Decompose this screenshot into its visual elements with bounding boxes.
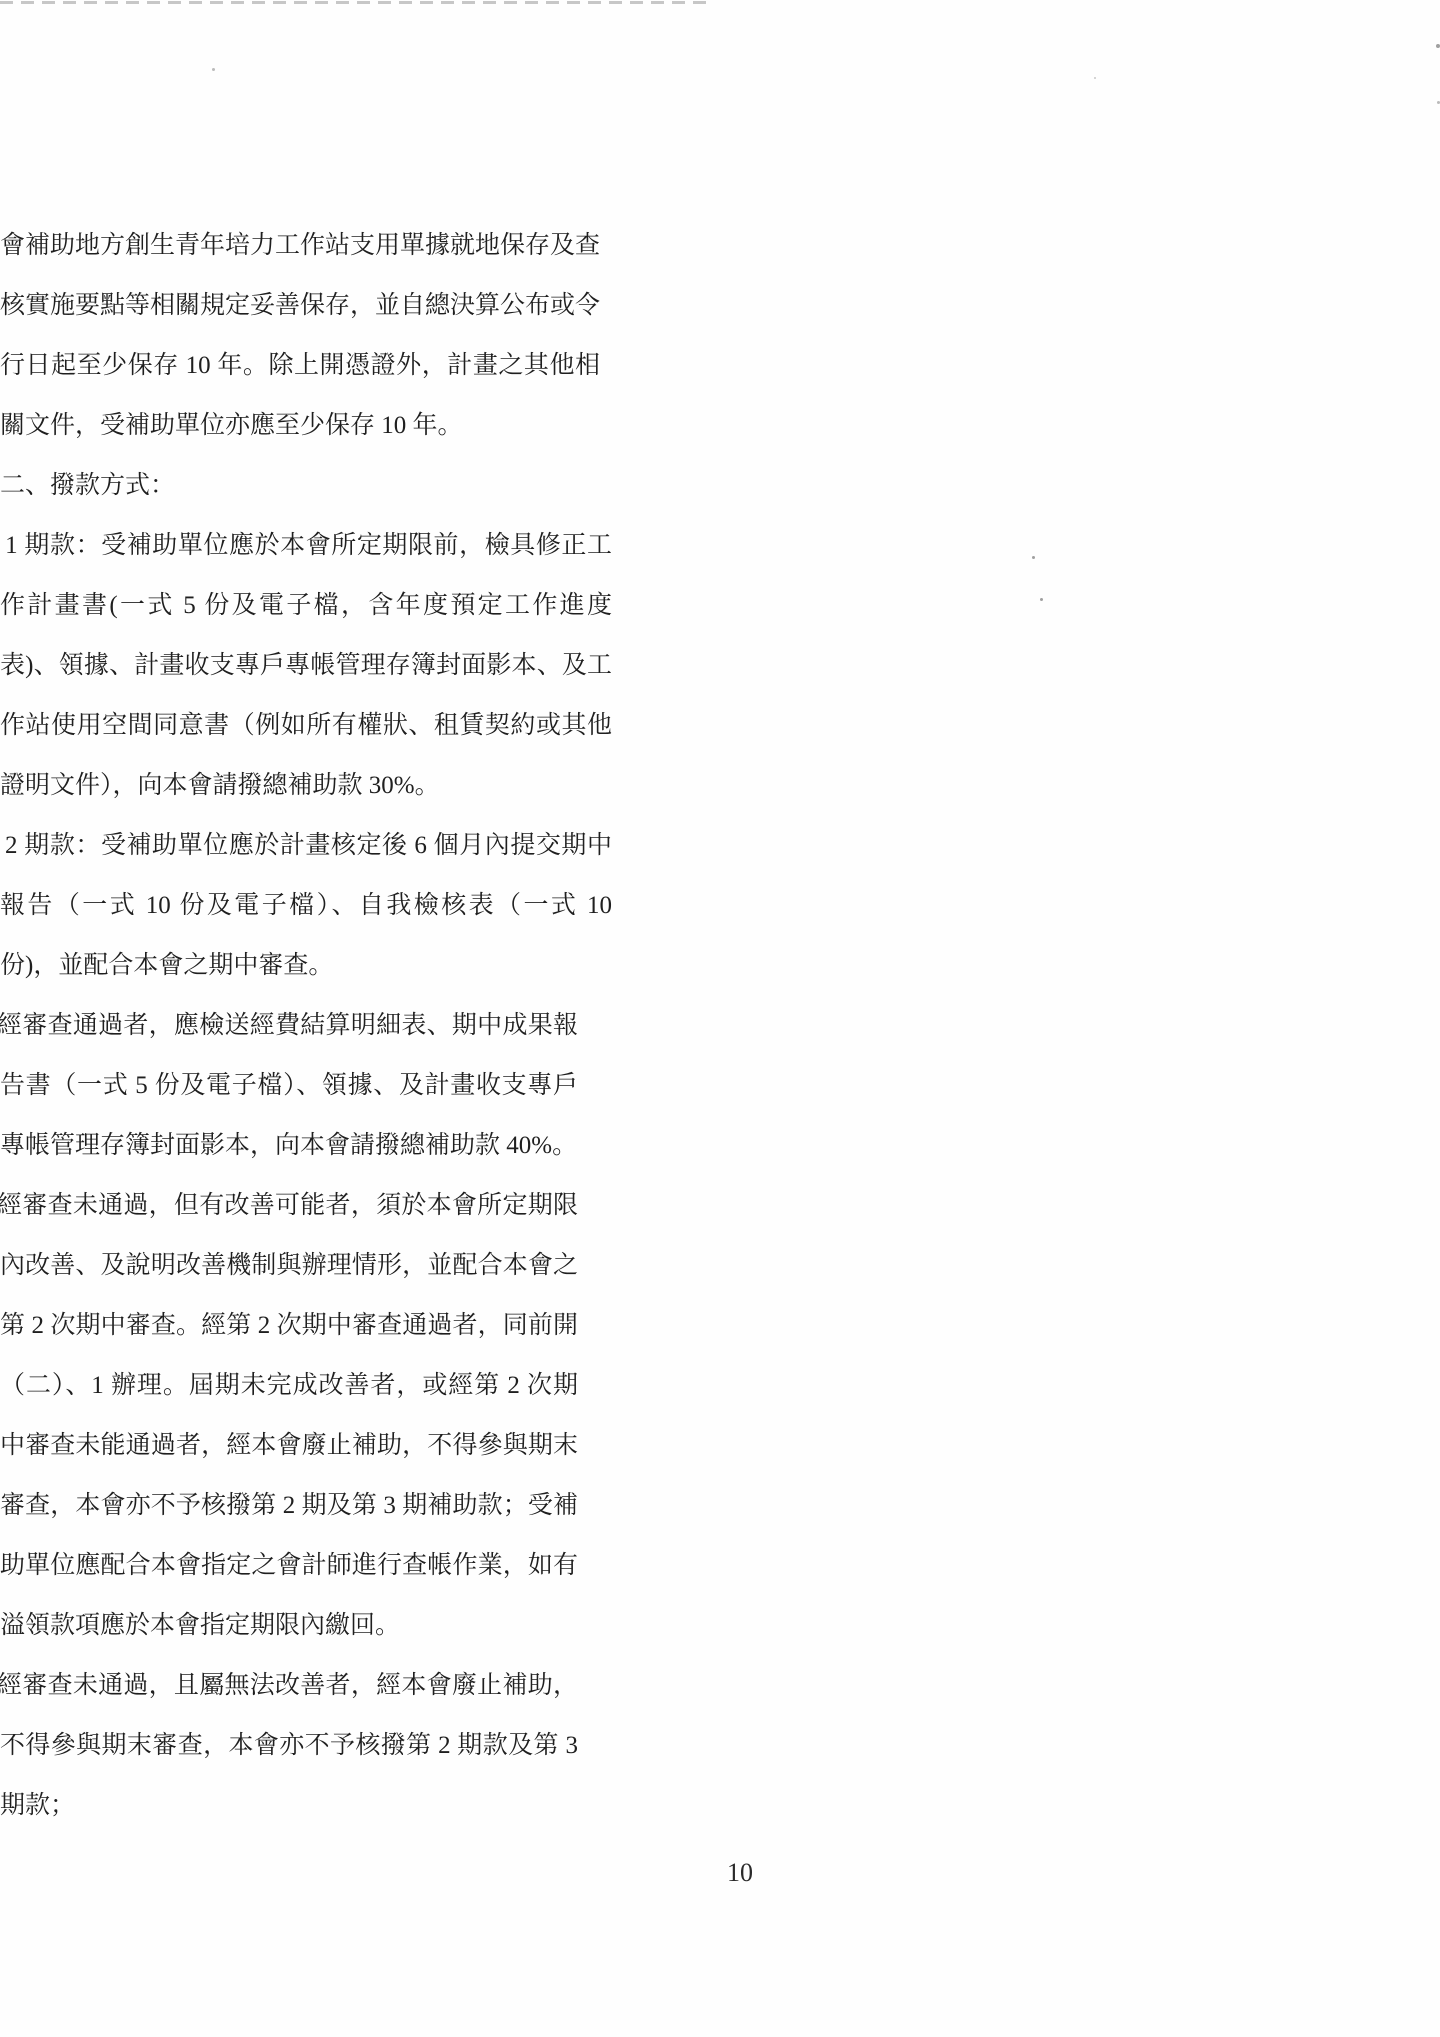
document-content: 會補助地方創生青年培力工作站支用單據就地保存及查核實施要點等相關規定妥善保存，並… xyxy=(0,216,1440,1836)
paragraph-record-retention: 會補助地方創生青年培力工作站支用單據就地保存及查核實施要點等相關規定妥善保存，並… xyxy=(0,216,600,456)
list-item-first-installment: （一）第 1 期款：受補助單位應於本會所定期限前，檢具修正工作計畫書(一式 5 … xyxy=(0,516,612,816)
scan-artifact-top-edge xyxy=(0,1,706,4)
sublist-item-text: 經審查未通過，且屬無法改善者，經本會廢止補助，不得參與期末審查，本會亦不予核撥第… xyxy=(0,1672,578,1819)
scan-speck xyxy=(1094,77,1096,79)
list-item-text: 第 2 期款：受補助單位應於計畫核定後 6 個月內提交期中報告（一式 10 份及… xyxy=(0,832,612,979)
scan-speck xyxy=(1436,44,1440,48)
section-heading-disbursement-method: 二、撥款方式： xyxy=(0,456,760,516)
list-item-second-installment: （二）第 2 期款：受補助單位應於計畫核定後 6 個月內提交期中報告（一式 10… xyxy=(0,816,612,996)
sublist-item-review-failed-improvable: 2、經審查未通過，但有改善可能者，須於本會所定期限內改善、及說明改善機制與辦理情… xyxy=(0,1176,578,1656)
sublist-item-review-failed-unimprovable: 3、經審查未通過，且屬無法改善者，經本會廢止補助，不得參與期末審查，本會亦不予核… xyxy=(0,1656,578,1836)
page-number: 10 xyxy=(700,1856,780,1890)
sublist-item-text: 經審查未通過，但有改善可能者，須於本會所定期限內改善、及說明改善機制與辦理情形，… xyxy=(0,1192,578,1639)
list-item-text: 第 1 期款：受補助單位應於本會所定期限前，檢具修正工作計畫書(一式 5 份及電… xyxy=(0,532,612,799)
document-page: 會補助地方創生青年培力工作站支用單據就地保存及查核實施要點等相關規定妥善保存，並… xyxy=(0,0,1440,2037)
sublist-item-text: 經審查通過者，應檢送經費結算明細表、期中成果報告書（一式 5 份及電子檔）、領據… xyxy=(0,1012,578,1159)
sublist-item-review-passed: 1、經審查通過者，應檢送經費結算明細表、期中成果報告書（一式 5 份及電子檔）、… xyxy=(0,996,578,1176)
scan-speck xyxy=(212,68,215,71)
